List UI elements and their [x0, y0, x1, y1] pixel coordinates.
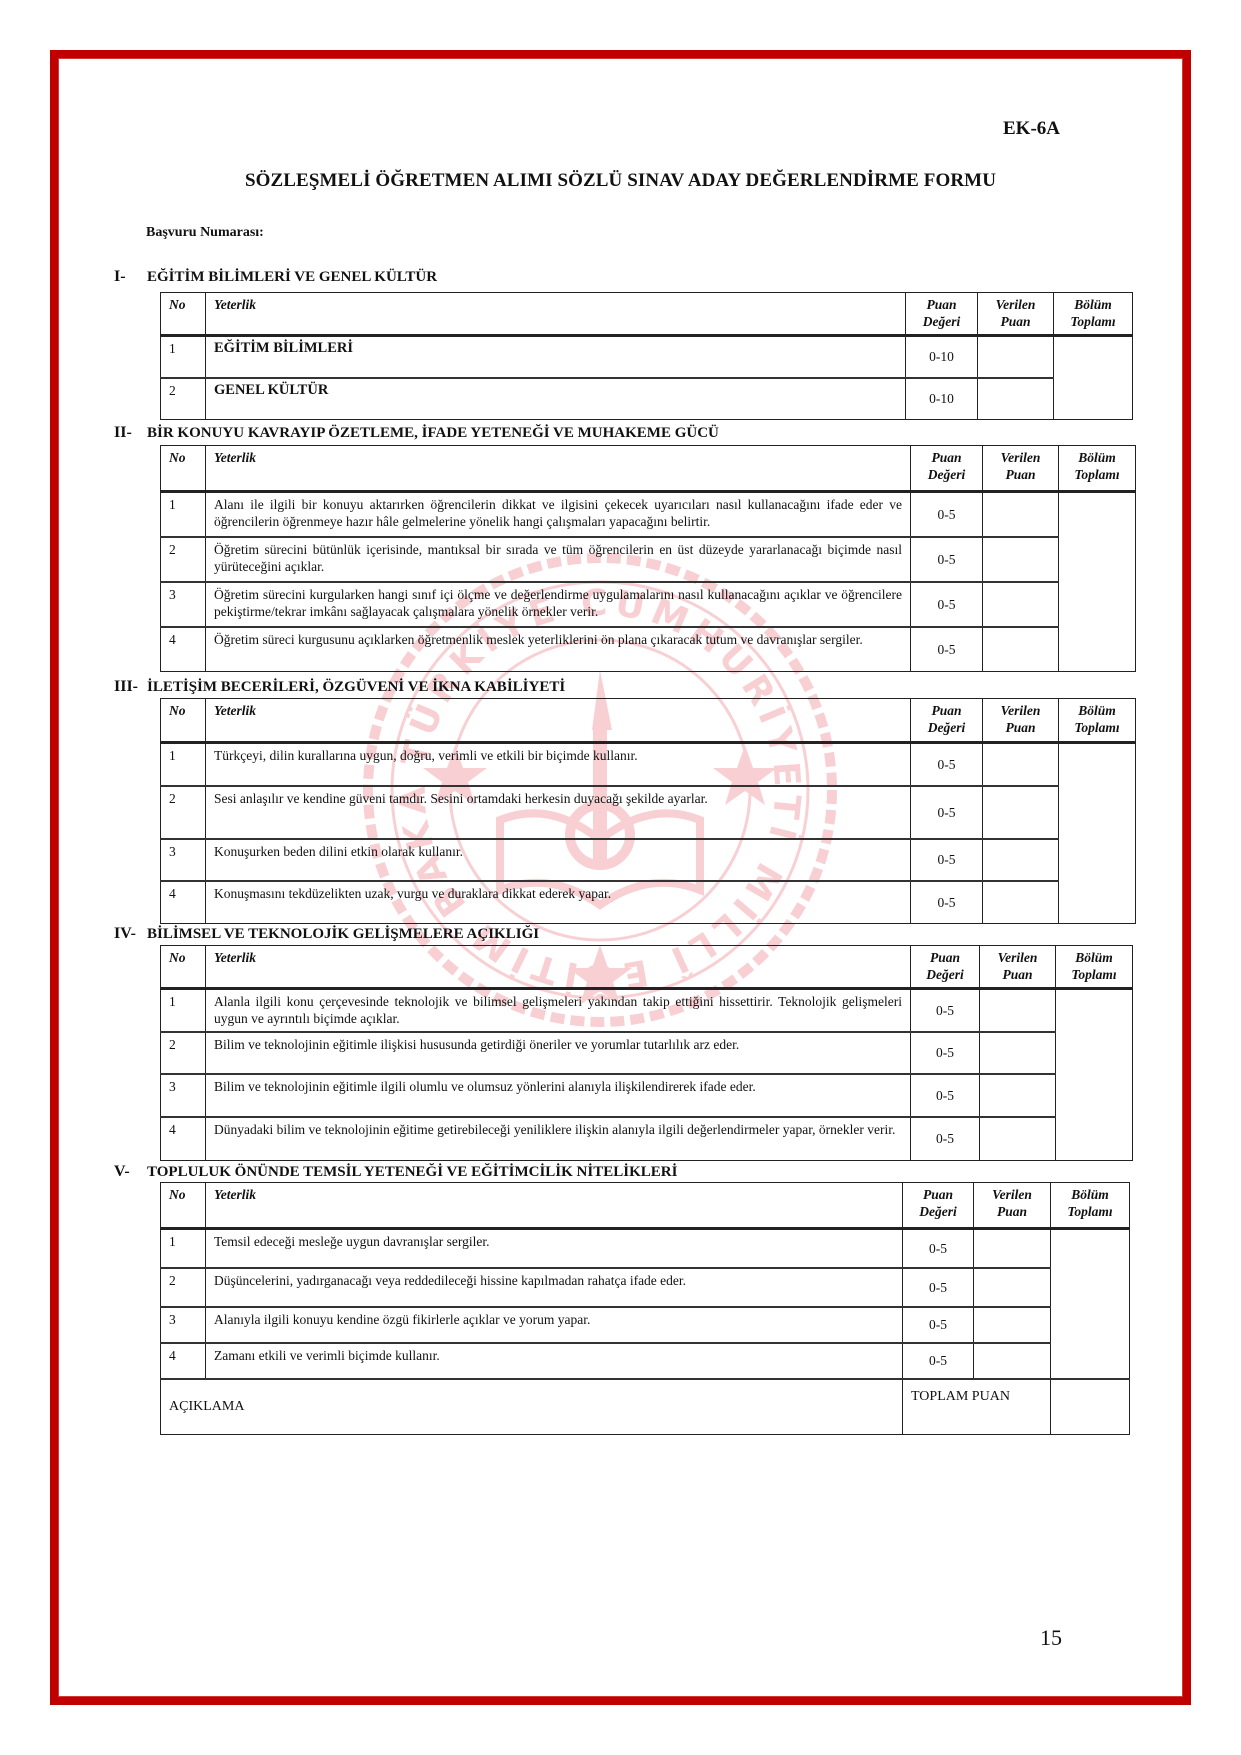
section-5-title: TOPLULUK ÖNÜNDE TEMSİL YETENEĞİ VE EĞİTİ… [147, 1164, 677, 1180]
table-row: 1 Alanla ilgili konu çerçevesinde teknol… [161, 989, 1133, 1032]
item-given-score-field[interactable] [974, 1343, 1051, 1379]
item-points: 0-5 [903, 1229, 974, 1268]
item-no: 2 [161, 1268, 206, 1307]
item-no: 2 [161, 786, 206, 839]
item-text: Dünyadaki bilim ve teknolojinin eğitime … [206, 1117, 911, 1161]
header-bolum-toplami: BölümToplamı [1059, 699, 1136, 743]
total-score-label-cell: TOPLAM PUAN [903, 1379, 1051, 1435]
section-1-heading: I-EĞİTİM BİLİMLERİ VE GENEL KÜLTÜR [114, 268, 437, 286]
item-points: 0-5 [911, 881, 983, 924]
item-text: Bilim ve teknolojinin eğitimle ilgili ol… [206, 1074, 911, 1117]
header-puan-degeri: PuanDeğeri [911, 699, 983, 743]
total-score-label: TOPLAM PUAN [911, 1389, 1010, 1404]
section-3-roman: III- [114, 678, 147, 696]
item-no: 1 [161, 743, 206, 786]
item-text: Öğretim süreci kurgusunu açıklarken öğre… [206, 627, 911, 672]
item-no: 3 [161, 839, 206, 881]
table-row: 2 Öğretim sürecini bütünlük içerisinde, … [161, 537, 1136, 582]
section-4-title: BİLİMSEL VE TEKNOLOJİK GELİŞMELERE AÇIKL… [147, 926, 539, 942]
section-3-title: İLETİŞİM BECERİLERİ, ÖZGÜVENİ VE İKNA KA… [147, 679, 565, 695]
section-total-field[interactable] [1051, 1229, 1130, 1379]
header-yeterlik: Yeterlik [206, 1183, 903, 1229]
section-2-roman: II- [114, 424, 147, 442]
table-row: 2 Sesi anlaşılır ve kendine güveni tamdı… [161, 786, 1136, 839]
table-row: 2 GENEL KÜLTÜR 0-10 [161, 378, 1133, 420]
item-text: Zamanı etkili ve verimli biçimde kullanı… [206, 1343, 903, 1379]
table-row: 4 Zamanı etkili ve verimli biçimde kulla… [161, 1343, 1130, 1379]
item-text: Konuşurken beden dilini etkin olarak kul… [206, 839, 911, 881]
header-bolum-toplami: BölümToplamı [1051, 1183, 1130, 1229]
table-row: 3 Konuşurken beden dilini etkin olarak k… [161, 839, 1136, 881]
section-1-roman: I- [114, 268, 147, 286]
item-no: 1 [161, 989, 206, 1032]
item-given-score-field[interactable] [978, 378, 1054, 420]
table-row: 1 EĞİTİM BİLİMLERİ 0-10 [161, 336, 1133, 378]
item-no: 4 [161, 1343, 206, 1379]
section-total-field[interactable] [1056, 989, 1133, 1161]
item-points: 0-5 [911, 989, 980, 1032]
table-row: 1 Temsil edeceği mesleğe uygun davranışl… [161, 1229, 1130, 1268]
item-no: 3 [161, 1074, 206, 1117]
item-no: 1 [161, 1229, 206, 1268]
item-points: 0-5 [911, 627, 983, 672]
item-text: Alanıyla ilgili konuyu kendine özgü fiki… [206, 1307, 903, 1343]
header-puan-degeri: PuanDeğeri [906, 293, 978, 336]
item-given-score-field[interactable] [983, 582, 1059, 627]
item-no: 2 [161, 537, 206, 582]
annex-label: EK-6A [1003, 118, 1060, 140]
item-given-score-field[interactable] [983, 881, 1059, 924]
item-given-score-field[interactable] [983, 537, 1059, 582]
item-given-score-field[interactable] [983, 786, 1059, 839]
table-row: 1 Türkçeyi, dilin kurallarına uygun, doğ… [161, 743, 1136, 786]
header-verilen-puan: VerilenPuan [983, 446, 1059, 492]
header-yeterlik: Yeterlik [206, 446, 911, 492]
item-text: Öğretim sürecini bütünlük içerisinde, ma… [206, 537, 911, 582]
table-row: 2 Düşüncelerini, yadırganacağı veya redd… [161, 1268, 1130, 1307]
section-4-heading: IV-BİLİMSEL VE TEKNOLOJİK GELİŞMELERE AÇ… [114, 925, 539, 943]
header-no: No [161, 946, 206, 989]
header-verilen-puan: VerilenPuan [980, 946, 1056, 989]
header-bolum-toplami: BölümToplamı [1054, 293, 1133, 336]
section-4-table: No Yeterlik PuanDeğeri VerilenPuan Bölüm… [160, 945, 1133, 1161]
section-2-title: BİR KONUYU KAVRAYIP ÖZETLEME, İFADE YETE… [147, 425, 719, 441]
footer-row: AÇIKLAMA TOPLAM PUAN [161, 1379, 1130, 1435]
item-text: EĞİTİM BİLİMLERİ [206, 336, 906, 378]
item-given-score-field[interactable] [980, 1032, 1056, 1074]
table-row: 3 Alanıyla ilgili konuyu kendine özgü fi… [161, 1307, 1130, 1343]
item-given-score-field[interactable] [980, 1074, 1056, 1117]
header-puan-degeri: PuanDeğeri [911, 946, 980, 989]
item-no: 1 [161, 492, 206, 537]
section-2-table: No Yeterlik PuanDeğeri VerilenPuan Bölüm… [160, 445, 1136, 672]
item-points: 0-10 [906, 378, 978, 420]
total-score-field[interactable] [1051, 1379, 1130, 1435]
item-no: 2 [161, 1032, 206, 1074]
item-text: Sesi anlaşılır ve kendine güveni tamdır.… [206, 786, 911, 839]
item-no: 4 [161, 627, 206, 672]
section-total-field[interactable] [1059, 492, 1136, 672]
item-text: Türkçeyi, dilin kurallarına uygun, doğru… [206, 743, 911, 786]
explanation-field[interactable]: AÇIKLAMA [161, 1379, 903, 1435]
item-points: 0-5 [903, 1268, 974, 1307]
item-text: Öğretim sürecini kurgularken hangi sınıf… [206, 582, 911, 627]
header-verilen-puan: VerilenPuan [978, 293, 1054, 336]
item-given-score-field[interactable] [974, 1307, 1051, 1343]
item-text: Bilim ve teknolojinin eğitimle ilişkisi … [206, 1032, 911, 1074]
item-text: Temsil edeceği mesleğe uygun davranışlar… [206, 1229, 903, 1268]
item-no: 3 [161, 582, 206, 627]
explanation-label: AÇIKLAMA [169, 1399, 244, 1414]
header-verilen-puan: VerilenPuan [974, 1183, 1051, 1229]
item-points: 0-5 [911, 492, 983, 537]
item-no: 3 [161, 1307, 206, 1343]
item-given-score-field[interactable] [983, 743, 1059, 786]
section-1-title: EĞİTİM BİLİMLERİ VE GENEL KÜLTÜR [147, 269, 437, 285]
header-bolum-toplami: BölümToplamı [1056, 946, 1133, 989]
table-row: 4 Konuşmasını tekdüzelikten uzak, vurgu … [161, 881, 1136, 924]
header-no: No [161, 446, 206, 492]
item-points: 0-5 [911, 537, 983, 582]
section-4-roman: IV- [114, 925, 147, 943]
section-5-roman: V- [114, 1163, 147, 1181]
item-points: 0-5 [903, 1343, 974, 1379]
page-number: 15 [1040, 1625, 1062, 1651]
table-row: 4 Öğretim süreci kurgusunu açıklarken öğ… [161, 627, 1136, 672]
item-no: 4 [161, 881, 206, 924]
item-text: Düşüncelerini, yadırganacağı veya redded… [206, 1268, 903, 1307]
application-number-label: Başvuru Numarası: [146, 225, 264, 241]
table-row: 2 Bilim ve teknolojinin eğitimle ilişkis… [161, 1032, 1133, 1074]
section-2-heading: II-BİR KONUYU KAVRAYIP ÖZETLEME, İFADE Y… [114, 424, 719, 442]
item-points: 0-5 [911, 786, 983, 839]
item-given-score-field[interactable] [980, 989, 1056, 1032]
item-given-score-field[interactable] [983, 492, 1059, 537]
header-yeterlik: Yeterlik [206, 699, 911, 743]
section-total-field[interactable] [1059, 743, 1136, 924]
item-points: 0-5 [911, 1117, 980, 1161]
item-text: GENEL KÜLTÜR [206, 378, 906, 420]
header-yeterlik: Yeterlik [206, 946, 911, 989]
header-verilen-puan: VerilenPuan [983, 699, 1059, 743]
header-no: No [161, 699, 206, 743]
item-no: 4 [161, 1117, 206, 1161]
item-text: Konuşmasını tekdüzelikten uzak, vurgu ve… [206, 881, 911, 924]
item-no: 1 [161, 336, 206, 378]
table-row: 4 Dünyadaki bilim ve teknolojinin eğitim… [161, 1117, 1133, 1161]
item-given-score-field[interactable] [978, 336, 1054, 378]
item-points: 0-5 [911, 1032, 980, 1074]
item-given-score-field[interactable] [983, 627, 1059, 672]
item-points: 0-5 [911, 743, 983, 786]
item-points: 0-5 [911, 839, 983, 881]
header-puan-degeri: PuanDeğeri [903, 1183, 974, 1229]
header-bolum-toplami: BölümToplamı [1059, 446, 1136, 492]
item-points: 0-5 [911, 1074, 980, 1117]
item-points: 0-5 [903, 1307, 974, 1343]
header-yeterlik: Yeterlik [206, 293, 906, 336]
item-no: 2 [161, 378, 206, 420]
item-points: 0-10 [906, 336, 978, 378]
header-puan-degeri: PuanDeğeri [911, 446, 983, 492]
item-text: Alanla ilgili konu çerçevesinde teknoloj… [206, 989, 911, 1032]
section-1-table: No Yeterlik PuanDeğeri VerilenPuan Bölüm… [160, 292, 1133, 420]
item-points: 0-5 [911, 582, 983, 627]
header-no: No [161, 293, 206, 336]
item-given-score-field[interactable] [980, 1117, 1056, 1161]
table-row: 1 Alanı ile ilgili bir konuyu aktarırken… [161, 492, 1136, 537]
section-total-field[interactable] [1054, 336, 1133, 420]
section-5-table: No Yeterlik PuanDeğeri VerilenPuan Bölüm… [160, 1182, 1130, 1435]
header-no: No [161, 1183, 206, 1229]
item-given-score-field[interactable] [974, 1229, 1051, 1268]
table-row: 3 Bilim ve teknolojinin eğitimle ilgili … [161, 1074, 1133, 1117]
item-text: Alanı ile ilgili bir konuyu aktarırken ö… [206, 492, 911, 537]
item-given-score-field[interactable] [974, 1268, 1051, 1307]
section-3-heading: III-İLETİŞİM BECERİLERİ, ÖZGÜVENİ VE İKN… [114, 678, 565, 696]
table-row: 3 Öğretim sürecini kurgularken hangi sın… [161, 582, 1136, 627]
page-title: SÖZLEŞMELİ ÖĞRETMEN ALIMI SÖZLÜ SINAV AD… [0, 170, 1241, 192]
item-given-score-field[interactable] [983, 839, 1059, 881]
section-5-heading: V-TOPLULUK ÖNÜNDE TEMSİL YETENEĞİ VE EĞİ… [114, 1163, 677, 1181]
section-3-table: No Yeterlik PuanDeğeri VerilenPuan Bölüm… [160, 698, 1136, 924]
